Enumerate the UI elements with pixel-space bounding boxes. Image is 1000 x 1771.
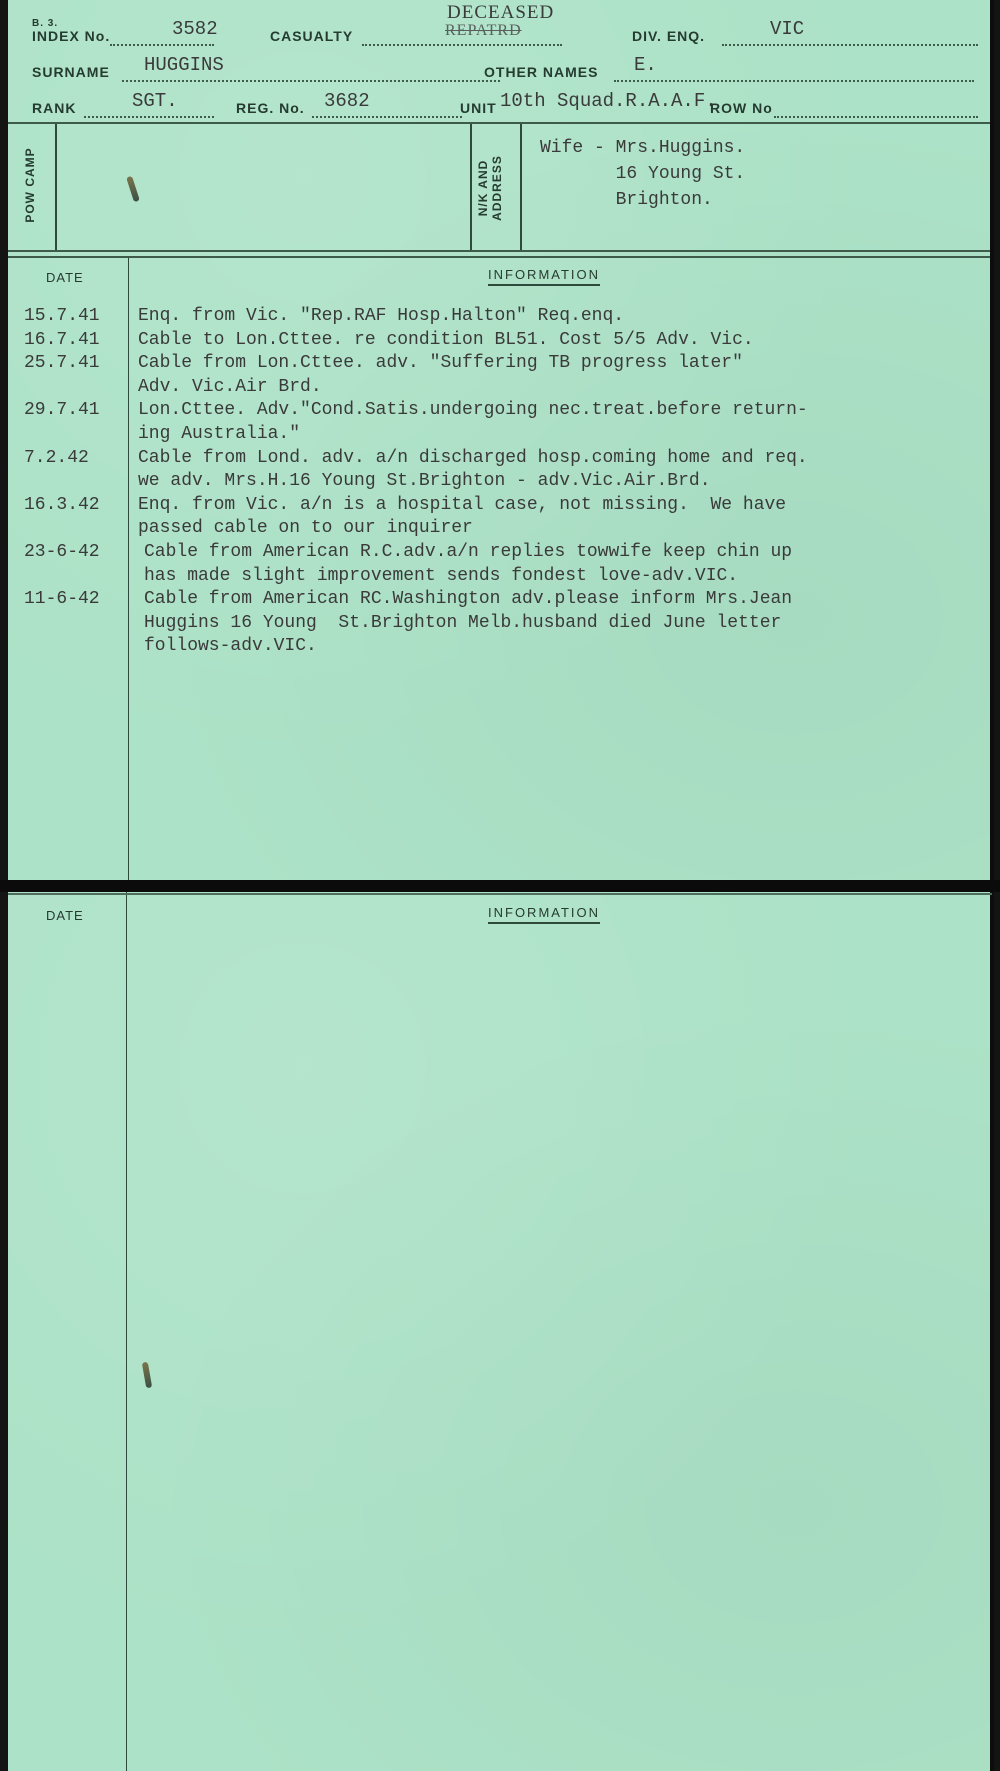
unit-value: 10th Squad.R.A.A.F.	[500, 90, 717, 112]
nk-address-line: Wife - Mrs.Huggins.	[540, 135, 745, 161]
record-card-front: B. 3. DECEASED REPATRD INDEX No. 3582 CA…	[8, 0, 994, 882]
entry-row: 16.3.42Enq. from Vic. a/n is a hospital …	[24, 494, 984, 541]
entry-row: 29.7.41Lon.Cttee. Adv."Cond.Satis.underg…	[24, 399, 984, 446]
entry-text: Enq. from Vic. a/n is a hospital case, n…	[136, 494, 984, 541]
entry-text: Cable from Lon.Cttee. adv. "Suffering TB…	[136, 352, 984, 399]
nk-address: Wife - Mrs.Huggins. 16 Young St. Brighto…	[540, 135, 745, 213]
entries-list: 15.7.41Enq. from Vic. "Rep.RAF Hosp.Halt…	[24, 305, 984, 659]
back-date-info-divider	[126, 892, 127, 1771]
entry-date: 16.3.42	[24, 494, 136, 541]
entry-text: Cable from Lond. adv. a/n discharged hos…	[136, 447, 984, 494]
divider-pow-label	[55, 124, 57, 250]
surname-label: SURNAME	[32, 64, 110, 80]
entry-row: 7.2.42Cable from Lond. adv. a/n discharg…	[24, 447, 984, 494]
reg-no-label: REG. No.	[236, 100, 305, 116]
nk-label-line1: N/K AND	[476, 138, 490, 238]
entry-text: Lon.Cttee. Adv."Cond.Satis.undergoing ne…	[136, 399, 984, 446]
reg-no-line	[312, 116, 462, 118]
entry-row: 16.7.41Cable to Lon.Cttee. re condition …	[24, 329, 984, 353]
nk-address-line: Brighton.	[540, 187, 745, 213]
index-no-label: INDEX No.	[32, 28, 110, 44]
index-no-value: 3582	[172, 18, 218, 40]
entry-date: 25.7.41	[24, 352, 136, 399]
entry-text: Cable from American RC.Washington adv.pl…	[136, 588, 984, 659]
entry-row: 11-6-42Cable from American RC.Washington…	[24, 588, 984, 659]
ink-mark	[126, 176, 140, 203]
other-names-value: E.	[634, 54, 657, 76]
casualty-value: DECEASED	[447, 2, 554, 24]
entry-row: 23-6-42Cable from American R.C.adv.a/n r…	[24, 541, 984, 588]
div-enq-line	[722, 44, 978, 46]
entry-row: 25.7.41Cable from Lon.Cttee. adv. "Suffe…	[24, 352, 984, 399]
entry-date: 29.7.41	[24, 399, 136, 446]
surname-line	[122, 80, 500, 82]
divider-nk-left	[470, 124, 472, 250]
entry-text: Cable to Lon.Cttee. re condition BL51. C…	[136, 329, 984, 353]
back-date-column-header: DATE	[46, 908, 84, 923]
rule-double-1	[8, 250, 990, 252]
nk-address-label: N/K AND ADDRESS	[476, 138, 504, 238]
rank-line	[84, 116, 214, 118]
rule-double-2	[8, 256, 990, 258]
entry-date: 16.7.41	[24, 329, 136, 353]
div-enq-label: DIV. ENQ.	[632, 28, 705, 44]
casualty-line	[362, 44, 562, 46]
entry-date: 23-6-42	[24, 541, 136, 588]
header-row-2: SURNAME HUGGINS OTHER NAMES E.	[32, 58, 960, 80]
information-column-header: INFORMATION	[488, 267, 600, 286]
other-names-line	[614, 80, 974, 82]
casualty-label: CASUALTY	[270, 28, 353, 44]
index-no-line	[110, 44, 214, 46]
rank-value: SGT.	[132, 90, 178, 112]
entry-date: 15.7.41	[24, 305, 136, 329]
entry-date: 11-6-42	[24, 588, 136, 659]
header-row-3: RANK SGT. REG. No. 3682 UNIT 10th Squad.…	[32, 94, 960, 116]
entry-text: Cable from American R.C.adv.a/n replies …	[136, 541, 984, 588]
card-seam	[0, 880, 1000, 892]
ink-mark	[142, 1362, 152, 1389]
reg-no-value: 3682	[324, 90, 370, 112]
date-column-header: DATE	[46, 270, 84, 285]
header-row-1: INDEX No. 3582 CASUALTY DIV. ENQ. VIC	[32, 22, 960, 44]
rank-label: RANK	[32, 100, 76, 116]
other-names-label: OTHER NAMES	[484, 64, 598, 80]
pow-camp-label: POW CAMP	[23, 135, 37, 235]
entry-date: 7.2.42	[24, 447, 136, 494]
record-card-back: DATE INFORMATION	[8, 892, 994, 1771]
nk-label-line2: ADDRESS	[490, 138, 504, 238]
entry-row: 15.7.41Enq. from Vic. "Rep.RAF Hosp.Halt…	[24, 305, 984, 329]
seam-rule	[8, 893, 992, 895]
row-no-label: ROW No	[710, 100, 773, 116]
surname-value: HUGGINS	[144, 54, 224, 76]
div-enq-value: VIC	[770, 18, 804, 40]
rule-top-box	[8, 122, 990, 124]
unit-label: UNIT	[460, 100, 497, 116]
divider-nk-right	[520, 124, 522, 250]
back-information-column-header: INFORMATION	[488, 905, 600, 924]
nk-address-line: 16 Young St.	[540, 161, 745, 187]
entry-text: Enq. from Vic. "Rep.RAF Hosp.Halton" Req…	[136, 305, 984, 329]
row-no-line	[774, 116, 978, 118]
